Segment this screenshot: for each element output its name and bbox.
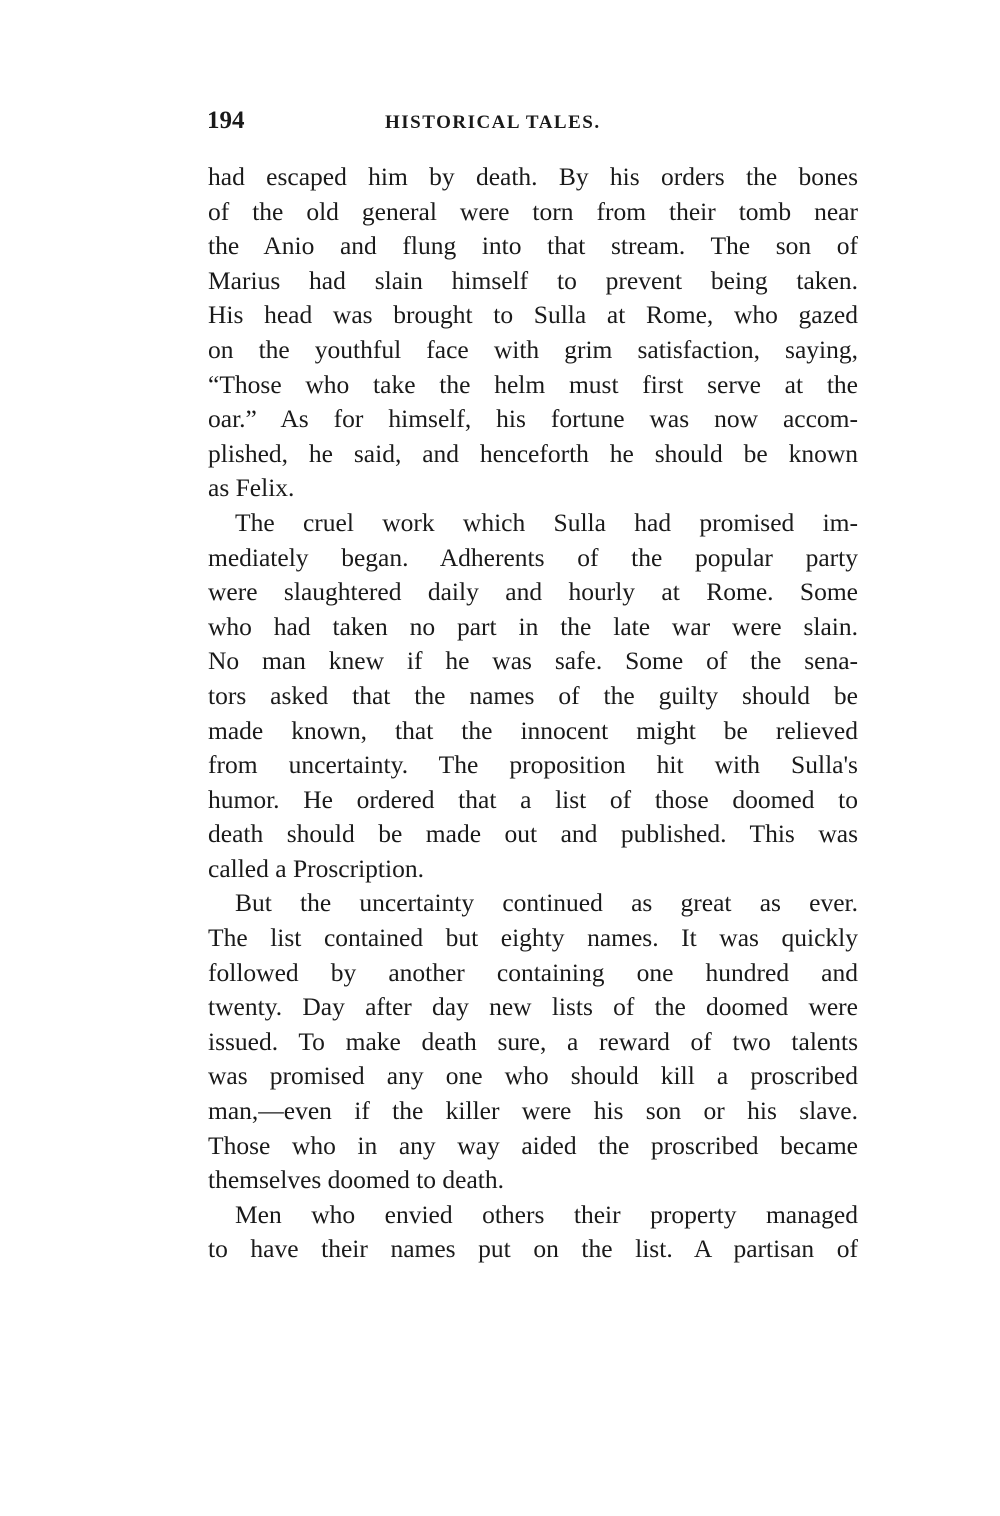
text-line: death should be made out and published. … <box>208 817 858 852</box>
text-line: Men who envied others their property man… <box>208 1198 858 1233</box>
text-line: made known, that the innocent might be r… <box>208 714 858 749</box>
text-line: The cruel work which Sulla had promised … <box>208 506 858 541</box>
text-line: themselves doomed to death. <box>208 1163 858 1198</box>
body-text: had escaped him by death. By his orders … <box>208 160 858 1267</box>
text-line: humor. He ordered that a list of those d… <box>208 783 858 818</box>
text-line: No man knew if he was safe. Some of the … <box>208 644 858 679</box>
text-line: His head was brought to Sulla at Rome, w… <box>208 298 858 333</box>
running-head: HISTORICAL TALES. <box>385 108 601 138</box>
page-header: 194 HISTORICAL TALES. <box>207 106 857 136</box>
text-line: plished, he said, and henceforth he shou… <box>208 437 858 472</box>
text-line: Marius had slain himself to prevent bein… <box>208 264 858 299</box>
text-line: were slaughtered daily and hourly at Rom… <box>208 575 858 610</box>
text-line: issued. To make death sure, a reward of … <box>208 1025 858 1060</box>
text-line: But the uncertainty continued as great a… <box>208 886 858 921</box>
text-line: mediately began. Adherents of the popula… <box>208 541 858 576</box>
text-line: oar.” As for himself, his fortune was no… <box>208 402 858 437</box>
text-line: of the old general were torn from their … <box>208 195 858 230</box>
text-line: tors asked that the names of the guilty … <box>208 679 858 714</box>
text-line: The list contained but eighty names. It … <box>208 921 858 956</box>
text-line: the Anio and flung into that stream. The… <box>208 229 858 264</box>
text-line: as Felix. <box>208 471 858 506</box>
text-line: was promised any one who should kill a p… <box>208 1059 858 1094</box>
text-line: followed by another containing one hundr… <box>208 956 858 991</box>
text-line: “Those who take the helm must first serv… <box>208 368 858 403</box>
text-line: man,—even if the killer were his son or … <box>208 1094 858 1129</box>
text-line: Those who in any way aided the proscribe… <box>208 1129 858 1164</box>
text-line: had escaped him by death. By his orders … <box>208 160 858 195</box>
text-line: called a Proscription. <box>208 852 858 887</box>
text-line: twenty. Day after day new lists of the d… <box>208 990 858 1025</box>
text-line: from uncertainty. The proposition hit wi… <box>208 748 858 783</box>
page-number: 194 <box>207 106 245 136</box>
text-line: on the youthful face with grim satisfact… <box>208 333 858 368</box>
text-line: who had taken no part in the late war we… <box>208 610 858 645</box>
text-line: to have their names put on the list. A p… <box>208 1232 858 1267</box>
